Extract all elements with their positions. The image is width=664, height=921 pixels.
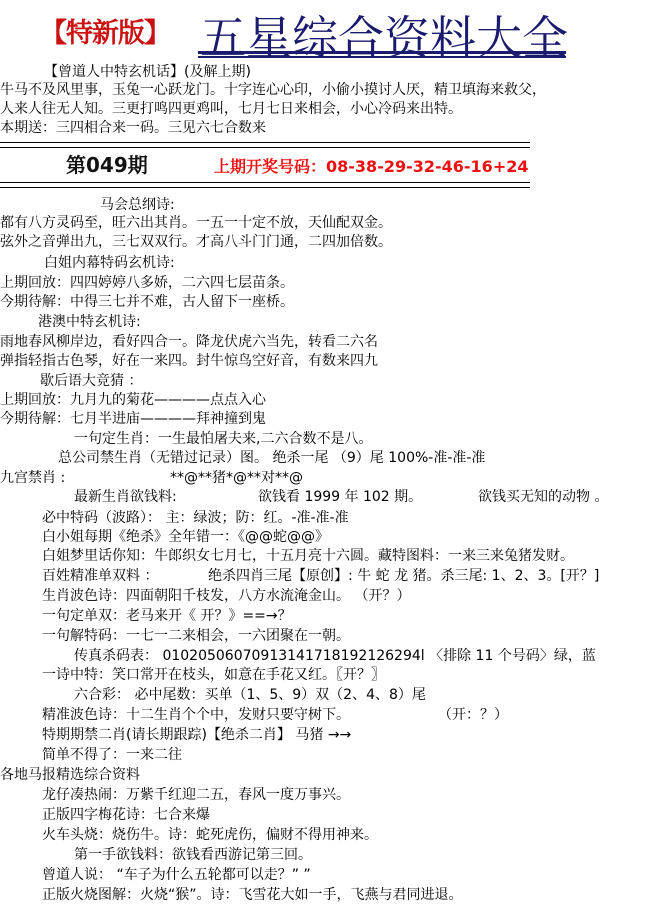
content-line: 龙仔凑热闹：万紫千红迎二五，春风一度万事兴。: [42, 786, 350, 805]
content-line: 百姓精准单双料 ：: [42, 567, 158, 586]
intro-line: 牛马不及风里事，玉兔一心跃龙门。十字连心心印，小偷小摸讨人厌，精卫填海来救父，: [0, 81, 546, 100]
content-line: 正版四字梅花诗：七合来爆: [42, 806, 210, 825]
content-line: 弹指轻指古色琴，好在一来四。封牛惊鸟空好音，有数来四九: [0, 352, 378, 371]
content-line: 马会总纲诗:: [100, 196, 175, 215]
content-line: 第一手欲钱料：欲钱看西游记第三回。: [74, 846, 312, 865]
intro-line: 人来人往无人知。三更打鸣四更鸡叫，七月七日来相会，小心冷码来出特。: [0, 100, 462, 119]
content-line: （开：？）: [438, 706, 508, 725]
content-line: 传真杀码表： 01020506070913141718192126294l 〈排…: [74, 647, 596, 666]
content-line: 必中特码（波路）： 主：绿波；防：红。-准-准-准: [42, 509, 349, 528]
content-line: 生肖波色诗：四面朝阳千枝发，八方水流淹金山。 （开？）: [42, 587, 410, 606]
content-line: 正版火烧图解：火烧“猴”。诗：飞雪花大如一手，飞燕与君同进退。: [42, 886, 463, 905]
content-line: 火车头烧：烧伤牛。诗：蛇死虎伤，偏财不得用神来。: [42, 826, 378, 845]
content-line: 上期回放：九月九的菊花————点点入心: [0, 391, 266, 410]
content-line: 各地马报精选综合资料: [0, 766, 140, 785]
content-line: 弦外之音弹出九，三七双双行。才高八斗门门通，二四加倍数。: [0, 233, 392, 252]
content-line: 欲钱看 1999 年 102 期。: [258, 488, 422, 507]
content-line: 港澳中特玄机诗:: [38, 313, 141, 332]
content-line: **@**猪*@**对**@: [170, 469, 303, 488]
content-line: 总公司禁生肖（无错过记录）图。 绝杀一尾 （9）尾 100%-准-准-准: [58, 449, 485, 468]
content-line: 一句定单双：老马来开《 开？》==→？: [42, 607, 292, 626]
intro-heading: 【曾道人中特玄机话】(及解上期): [44, 63, 251, 82]
content-line: 绝杀四肖三尾【原创】: 牛 蛇 龙 猪。杀三尾: 1、2、3。[开？]: [208, 567, 599, 586]
content-line: 上期回放：四四婷婷八多娇，二六四七层苗条。: [0, 274, 294, 293]
last-draw-label: 上期开奖号码：: [214, 157, 326, 176]
issue-number: 第049期: [66, 149, 148, 178]
content-line: 都有八方灵码至，旺六出其肖。一五一十定不放，天仙配双金。: [0, 214, 392, 233]
content-line: 今期待解：七月半进庙————拜神撞到鬼: [0, 410, 266, 429]
content-line: 雨地春风柳岸边，看好四合一。降龙伏虎六当先，转看二六名: [0, 333, 378, 352]
separator-top: [0, 142, 530, 148]
content-line: 白姐梦里话你知：牛郎织女七月七，十五月亮十六圆。藏特图料：一来三来兔猪发财。: [42, 547, 574, 566]
content-line: 一句解特码：一七一二来相会，一六团聚在一朝。: [42, 627, 350, 646]
content-line: 今期待解：中得三七并不难，古人留下一座桥。: [0, 293, 294, 312]
separator-bottom: [0, 182, 530, 188]
intro-line: 本期送：三四相合来一码。三见六七合数来: [0, 119, 266, 138]
last-draw: 上期开奖号码：08-38-29-32-46-16+24: [214, 154, 528, 177]
content-line: 一诗中特：笑口常开在枝头，如意在手花又红。〖开？〗: [42, 666, 385, 685]
content-line: 歇后语大竞猜 ：: [40, 372, 142, 391]
content-line: 九宫禁肖 :: [0, 469, 65, 488]
last-draw-numbers: 08-38-29-32-46-16+24: [326, 157, 528, 176]
content-line: 一句定生肖：一生最怕屠夫来,二六合数不是八。: [74, 430, 372, 449]
page-title: 五星综合资料大全: [200, 2, 568, 68]
content-line: 特期期禁二肖(请长期跟踪)【绝杀二肖】 马猪 →→: [42, 726, 351, 745]
content-line: 白姐内幕特码玄机诗:: [44, 254, 175, 273]
title-underline: [198, 51, 566, 54]
content-line: 最新生肖欲钱料:: [74, 488, 177, 507]
edition-tag: 【特新版】: [40, 11, 170, 50]
content-line: 简单不得了：一来二往: [42, 746, 182, 765]
content-line: 白小姐每期《绝杀》全年错一：《@@蛇@@》: [42, 528, 329, 547]
content-line: 欲钱买无知的动物 。: [478, 488, 608, 507]
content-line: 六合彩： 必中尾数：买单（1、5、9）双（2、4、8）尾: [74, 686, 426, 705]
content-line: 曾道人说： “车子为什么五轮都可以走？” ”: [42, 866, 311, 885]
title-underline-secondary: [198, 56, 566, 58]
content-line: 精准波色诗：十二生肖个个中，发财只要守树下。: [42, 706, 350, 725]
